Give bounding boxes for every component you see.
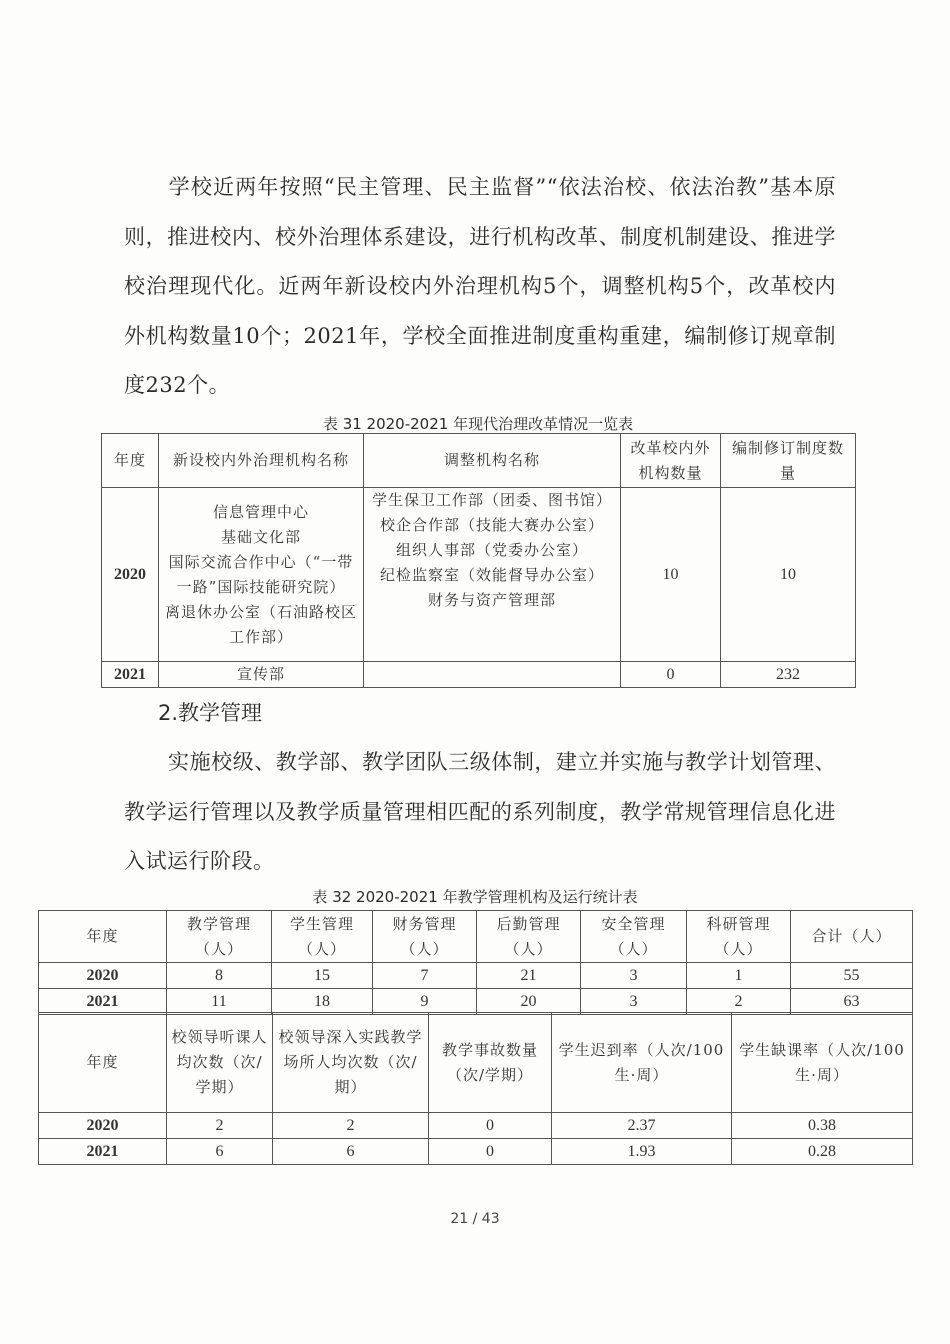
cell-value: 11 xyxy=(167,989,272,1015)
table31-header-row: 年度 新设校内外治理机构名称 调整机构名称 改革校内外机构数量 编制修订制度数量 xyxy=(102,434,856,488)
table31-header-reformed-count: 改革校内外机构数量 xyxy=(621,434,721,488)
cell-value: 2 xyxy=(273,1113,429,1139)
table31-header-adjusted-orgs: 调整机构名称 xyxy=(364,434,621,488)
row-year: 2021 xyxy=(102,662,159,688)
cell-value: 0.28 xyxy=(732,1139,913,1165)
cell-value: 6 xyxy=(273,1139,429,1165)
row-year: 2021 xyxy=(39,1139,167,1165)
intro-paragraph-text: 学校近两年按照“民主管理、民主监督”“依法治校、依法治教”基本原则，推进校内、校… xyxy=(124,175,836,397)
new-orgs-cell: 信息管理中心 基础文化部 国际交流合作中心（“一带一路”国际技能研究院） 离退休… xyxy=(159,488,364,662)
new-org-item: 离退休办公室（石油路校区工作部） xyxy=(163,600,359,650)
table32-operations-header-row: 年度 校领导听课人均次数（次/学期） 校领导深入实践教学场所人均次数（次/期） … xyxy=(39,1013,913,1113)
adjusted-org-item: 纪检监察室（效能督导办公室） xyxy=(368,563,616,588)
cell-value: 7 xyxy=(373,963,477,989)
table31-header-new-orgs: 新设校内外治理机构名称 xyxy=(159,434,364,488)
table-row: 2021 宣传部 0 232 xyxy=(102,662,856,688)
row-year: 2020 xyxy=(39,963,167,989)
cell-value: 2 xyxy=(167,1113,273,1139)
header-student-mgmt: 学生管理（人） xyxy=(272,911,373,963)
header-finance-mgmt: 财务管理（人） xyxy=(373,911,477,963)
header-logistics-mgmt: 后勤管理（人） xyxy=(477,911,581,963)
adjusted-orgs-cell xyxy=(364,662,621,688)
cell-total: 55 xyxy=(791,963,913,989)
adjusted-orgs-cell: 学生保卫工作部（团委、图书馆） 校企合作部（技能大赛办公室） 组织人事部（党委办… xyxy=(364,488,621,662)
adjusted-org-item: 组织人事部（党委办公室） xyxy=(368,538,616,563)
cell-value: 0.38 xyxy=(732,1113,913,1139)
intro-paragraph: 学校近两年按照“民主管理、民主监督”“依法治校、依法治教”基本原则，推进校内、校… xyxy=(124,163,836,411)
table32-staff: 年度 教学管理（人） 学生管理（人） 财务管理（人） 后勤管理（人） 安全管理（… xyxy=(38,910,913,1015)
new-orgs-cell: 宣传部 xyxy=(159,662,364,688)
cell-value: 8 xyxy=(167,963,272,989)
cell-value: 18 xyxy=(272,989,373,1015)
header-leader-lecture-visits: 校领导听课人均次数（次/学期） xyxy=(167,1013,273,1113)
cell-value: 3 xyxy=(581,963,687,989)
new-org-item: 信息管理中心 xyxy=(163,500,359,525)
header-year: 年度 xyxy=(39,1013,167,1113)
header-total: 合计（人） xyxy=(791,911,913,963)
teaching-paragraph-text: 实施校级、教学部、教学团队三级体制，建立并实施与教学计划管理、教学运行管理以及教… xyxy=(124,750,836,873)
table32-staff-header-row: 年度 教学管理（人） 学生管理（人） 财务管理（人） 后勤管理（人） 安全管理（… xyxy=(39,911,913,963)
cell-total: 63 xyxy=(791,989,913,1015)
header-late-rate: 学生迟到率（人次/100生·周） xyxy=(552,1013,732,1113)
cell-value: 2 xyxy=(687,989,791,1015)
table31-header-regulations-count: 编制修订制度数量 xyxy=(721,434,856,488)
new-org-item: 国际交流合作中心（“一带一路”国际技能研究院） xyxy=(163,550,359,600)
cell-value: 0 xyxy=(429,1113,552,1139)
row-year: 2020 xyxy=(102,488,159,662)
table31: 年度 新设校内外治理机构名称 调整机构名称 改革校内外机构数量 编制修订制度数量… xyxy=(101,433,856,688)
table-row: 2021 6 6 0 1.93 0.28 xyxy=(39,1139,913,1165)
cell-value: 6 xyxy=(167,1139,273,1165)
reformed-count: 10 xyxy=(621,488,721,662)
table31-caption: 表 31 2020-2021 年现代治理改革情况一览表 xyxy=(101,413,855,434)
cell-value: 21 xyxy=(477,963,581,989)
row-year: 2021 xyxy=(39,989,167,1015)
row-year: 2020 xyxy=(39,1113,167,1139)
cell-value: 0 xyxy=(429,1139,552,1165)
header-teaching-incidents: 教学事故数量（次/学期） xyxy=(429,1013,552,1113)
table-row: 2020 2 2 0 2.37 0.38 xyxy=(39,1113,913,1139)
adjusted-org-item: 校企合作部（技能大赛办公室） xyxy=(368,513,616,538)
cell-value: 1.93 xyxy=(552,1139,732,1165)
cell-value: 9 xyxy=(373,989,477,1015)
header-teaching-mgmt: 教学管理（人） xyxy=(167,911,272,963)
table31-header-year: 年度 xyxy=(102,434,159,488)
header-absence-rate: 学生缺课率（人次/100生·周） xyxy=(732,1013,913,1113)
adjusted-org-item: 学生保卫工作部（团委、图书馆） xyxy=(368,488,616,513)
adjusted-org-item: 财务与资产管理部 xyxy=(368,588,616,613)
header-year: 年度 xyxy=(39,911,167,963)
header-leader-practice-visits: 校领导深入实践教学场所人均次数（次/期） xyxy=(273,1013,429,1113)
section-heading: 2.教学管理 xyxy=(158,697,262,727)
regulations-count: 10 xyxy=(721,488,856,662)
new-org-item: 基础文化部 xyxy=(163,525,359,550)
header-safety-mgmt: 安全管理（人） xyxy=(581,911,687,963)
cell-value: 20 xyxy=(477,989,581,1015)
table32-caption: 表 32 2020-2021 年教学管理机构及运行统计表 xyxy=(38,886,912,907)
regulations-count: 232 xyxy=(721,662,856,688)
header-research-mgmt: 科研管理（人） xyxy=(687,911,791,963)
reformed-count: 0 xyxy=(621,662,721,688)
cell-value: 1 xyxy=(687,963,791,989)
cell-value: 2.37 xyxy=(552,1113,732,1139)
table-row: 2021 11 18 9 20 3 2 63 xyxy=(39,989,913,1015)
table-row: 2020 8 15 7 21 3 1 55 xyxy=(39,963,913,989)
table-row: 2020 信息管理中心 基础文化部 国际交流合作中心（“一带一路”国际技能研究院… xyxy=(102,488,856,662)
cell-value: 3 xyxy=(581,989,687,1015)
page-indicator: 21 / 43 xyxy=(0,1211,950,1227)
teaching-paragraph: 实施校级、教学部、教学团队三级体制，建立并实施与教学计划管理、教学运行管理以及教… xyxy=(124,738,836,887)
cell-value: 15 xyxy=(272,963,373,989)
table32-operations: 年度 校领导听课人均次数（次/学期） 校领导深入实践教学场所人均次数（次/期） … xyxy=(38,1012,913,1165)
